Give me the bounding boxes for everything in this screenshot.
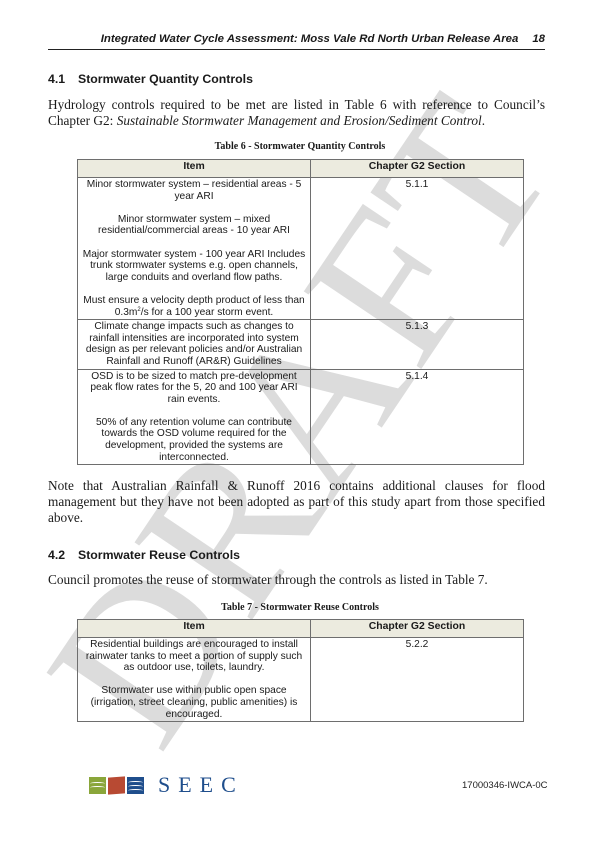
intro-end: . [482, 113, 485, 128]
section-cell: 5.1.3 [311, 320, 524, 369]
column-header-item: Item [78, 620, 311, 638]
blue-wave-square-icon [127, 777, 144, 794]
section-cell: 5.2.2 [311, 638, 524, 722]
logo-text: SEEC [158, 772, 244, 798]
item-cell: Residential buildings are encouraged to … [78, 638, 311, 722]
table-row: Climate change impacts such as changes t… [78, 320, 524, 369]
page-number: 18 [532, 33, 545, 45]
section-cell: 5.1.1 [311, 178, 524, 320]
section-title: Stormwater Quantity Controls [78, 72, 253, 86]
table-row: Residential buildings are encouraged to … [78, 638, 524, 722]
item-cell: Minor stormwater system – residential ar… [78, 178, 311, 320]
table-7-stormwater-reuse: Item Chapter G2 Section Residential buil… [77, 619, 524, 722]
section-title: Stormwater Reuse Controls [78, 548, 240, 562]
section-heading-4-2: 4.2Stormwater Reuse Controls [48, 548, 240, 562]
table-6-stormwater-quantity: Item Chapter G2 Section Minor stormwater… [77, 159, 524, 465]
table-6-caption: Table 6 - Stormwater Quantity Controls [77, 141, 523, 152]
column-header-section: Chapter G2 Section [311, 620, 524, 638]
seec-logo: SEEC [89, 772, 244, 798]
table-7-caption: Table 7 - Stormwater Reuse Controls [77, 602, 523, 613]
section-cell: 5.1.4 [311, 369, 524, 465]
item-paragraph: Stormwater use within public open space … [81, 685, 307, 720]
green-wave-square-icon [89, 777, 106, 794]
item-paragraph: Climate change impacts such as changes t… [81, 321, 307, 367]
table-header-row: Item Chapter G2 Section [78, 620, 524, 638]
item-paragraph: Must ensure a velocity depth product of … [81, 295, 307, 318]
column-header-item: Item [78, 160, 311, 178]
header-title: Integrated Water Cycle Assessment: Moss … [101, 33, 519, 45]
section-number: 4.1 [48, 72, 78, 86]
item-paragraph: OSD is to be sized to match pre-developm… [81, 371, 307, 406]
page-header: Integrated Water Cycle Assessment: Moss … [48, 33, 545, 50]
item-cell: OSD is to be sized to match pre-developm… [78, 369, 311, 465]
item-paragraph: Residential buildings are encouraged to … [81, 639, 307, 674]
section-4-2-intro: Council promotes the reuse of stormwater… [48, 572, 545, 588]
section-4-1-intro: Hydrology controls required to be met ar… [48, 97, 545, 129]
table-header-row: Item Chapter G2 Section [78, 160, 524, 178]
note-paragraph: Note that Australian Rainfall & Runoff 2… [48, 478, 545, 526]
table-row: Minor stormwater system – residential ar… [78, 178, 524, 320]
section-number: 4.2 [48, 548, 78, 562]
section-heading-4-1: 4.1Stormwater Quantity Controls [48, 72, 253, 86]
table-row: OSD is to be sized to match pre-developm… [78, 369, 524, 465]
intro-reference: Sustainable Stormwater Management and Er… [117, 113, 482, 128]
item-paragraph: 50% of any retention volume can contribu… [81, 417, 307, 463]
item-cell: Climate change impacts such as changes t… [78, 320, 311, 369]
item-paragraph: Minor stormwater system – mixed resident… [81, 214, 307, 237]
red-square-icon [108, 776, 125, 794]
item-paragraph: Minor stormwater system – residential ar… [81, 179, 307, 202]
column-header-section: Chapter G2 Section [311, 160, 524, 178]
item-paragraph: Major stormwater system - 100 year ARI I… [81, 249, 307, 284]
document-code: 17000346-IWCA-0C [462, 780, 548, 791]
